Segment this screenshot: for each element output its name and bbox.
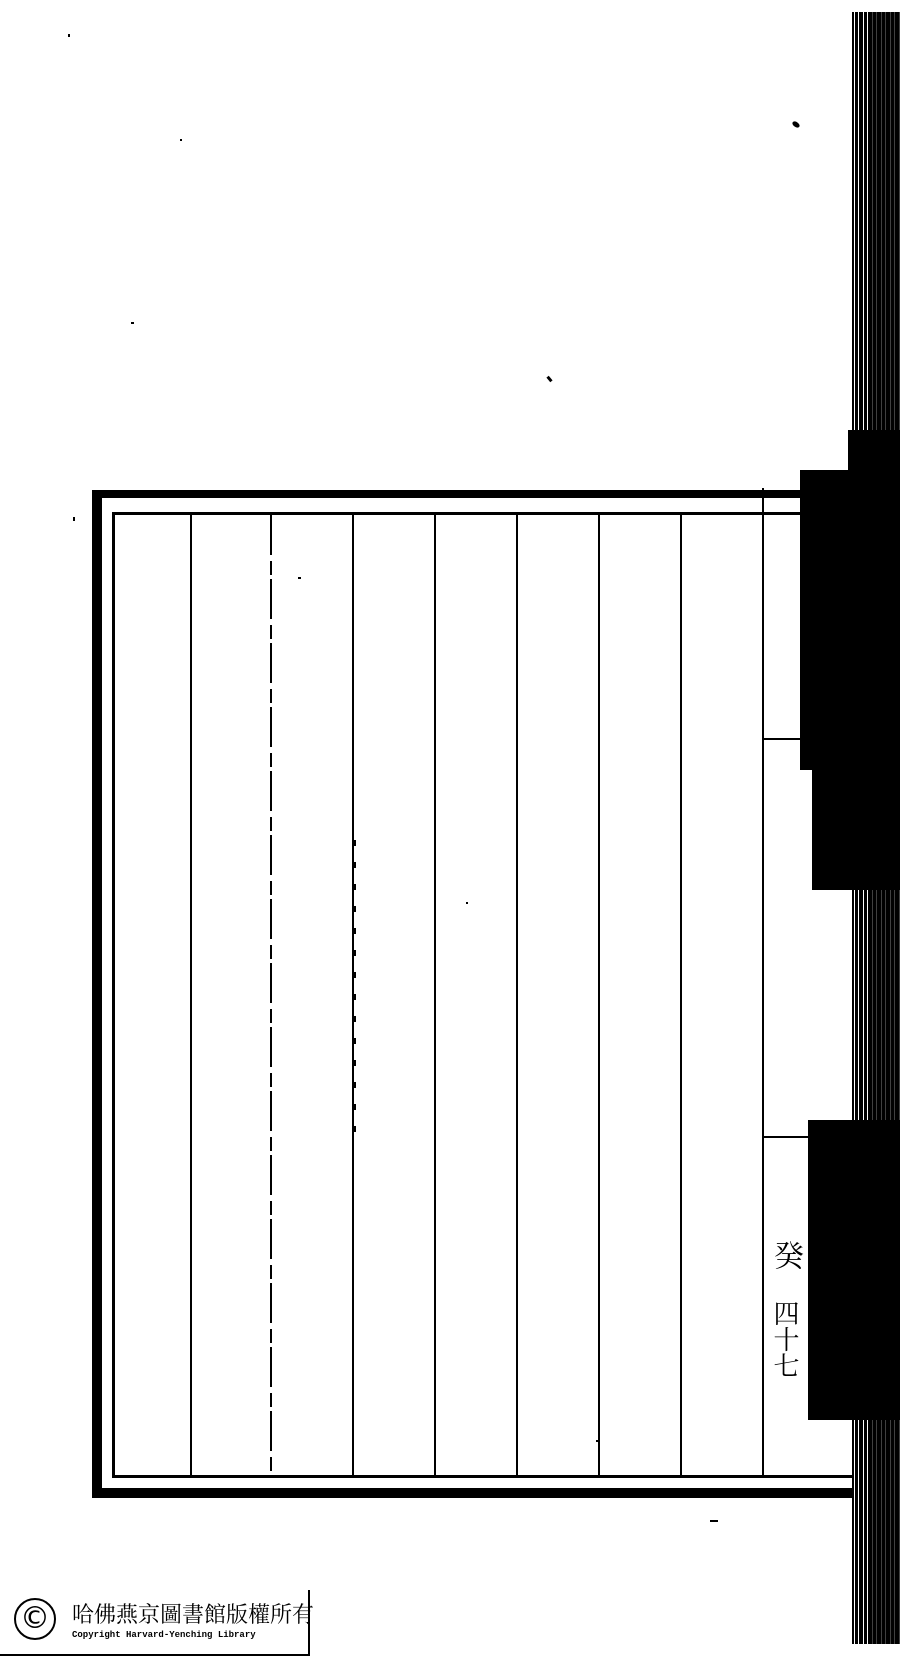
column-ruling-line xyxy=(270,515,272,1477)
column-ruling-line xyxy=(190,515,192,1477)
margin-page-number: 四十七 xyxy=(770,1300,798,1378)
fish-tail-line-upper xyxy=(762,738,812,740)
scan-speck xyxy=(68,34,70,37)
scan-speck xyxy=(596,1440,599,1442)
copyright-english-text: Copyright Harvard-Yenching Library xyxy=(72,1630,256,1640)
margin-title-partial: 癸大 xyxy=(810,770,850,850)
copyright-icon: © xyxy=(14,1598,56,1640)
fish-tail-line-lower xyxy=(762,1136,812,1138)
scan-speck xyxy=(710,1520,718,1522)
copyright-stamp: © 哈佛燕京圖書館版權所有 Copyright Harvard-Yenching… xyxy=(0,1590,310,1656)
scan-speck xyxy=(73,517,75,521)
column-ruling-line xyxy=(680,515,682,1477)
scanned-book-page: 癸大 癸 四十七 © 哈佛燕京圖書館版權所有 Copyright Harvard… xyxy=(0,0,900,1665)
copyright-chinese-text: 哈佛燕京圖書館版權所有 xyxy=(72,1598,314,1629)
scan-speck xyxy=(180,139,182,141)
scan-speck xyxy=(791,120,800,129)
column-ruling-line xyxy=(434,515,436,1477)
margin-column-rule xyxy=(762,488,764,1478)
margin-volume-mark: 癸 xyxy=(768,1240,802,1270)
ink-dots xyxy=(354,840,356,1140)
column-ruling-line xyxy=(598,515,600,1477)
column-ruling-line xyxy=(516,515,518,1477)
scan-speck xyxy=(131,322,134,324)
scan-speck xyxy=(298,577,301,579)
inner-border-frame xyxy=(112,512,852,1478)
scan-speck xyxy=(546,376,552,383)
scan-speck xyxy=(466,902,468,904)
